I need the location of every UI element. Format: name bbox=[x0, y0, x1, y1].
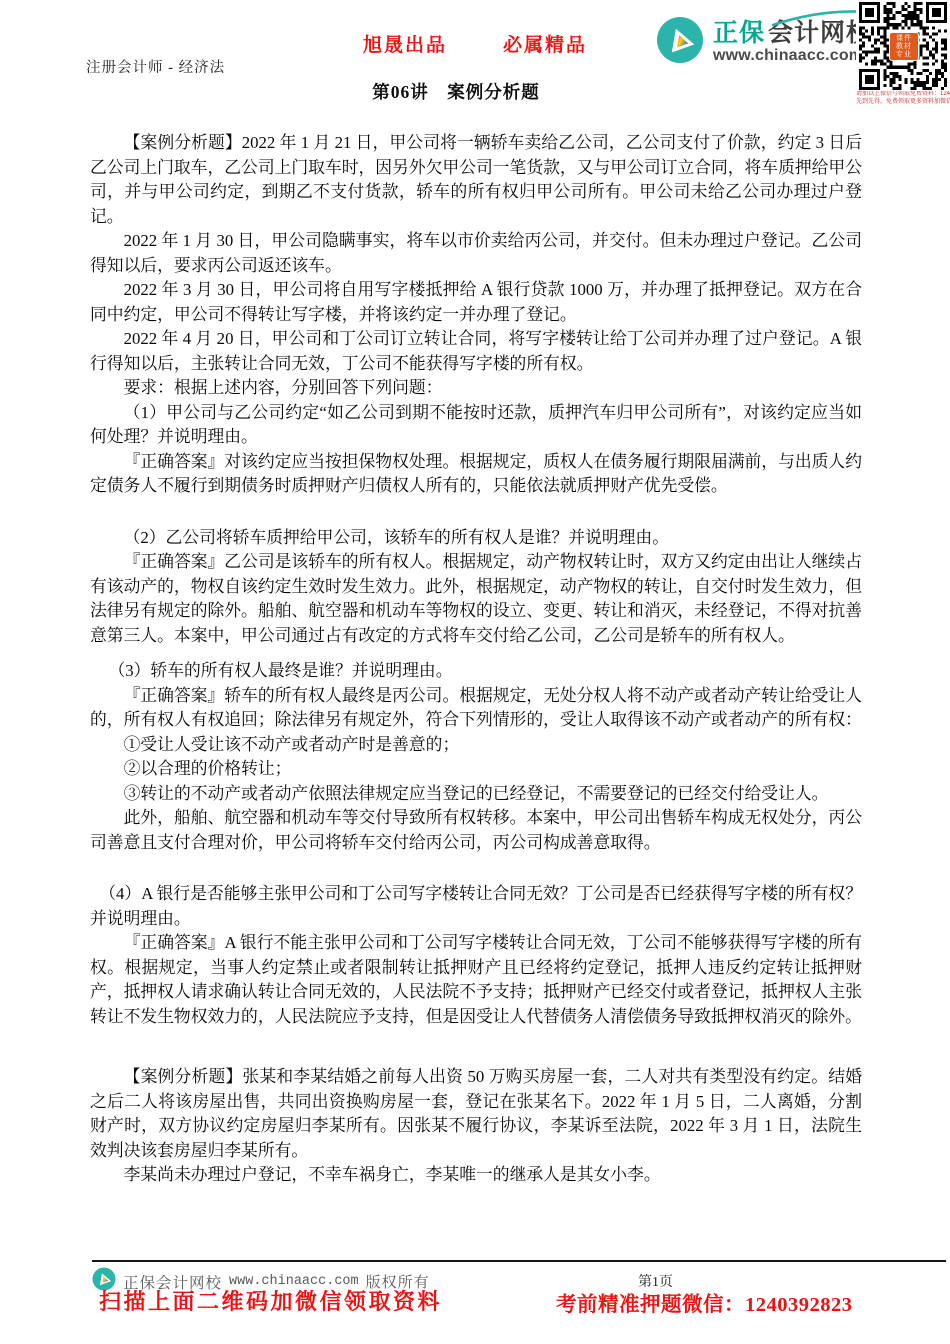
slogan-left: 旭晟出品 bbox=[363, 30, 447, 57]
case2-facts-1: 【案例分析题】张某和李某结婚之前每人出资 50 万购买房屋一套，二人对共有类型没… bbox=[90, 1065, 862, 1163]
brand-logo-icon bbox=[656, 16, 704, 69]
answer-3: 『正确答案』轿车的所有权人最终是丙公司。根据规定，无处分权人将不动产或者动产转让… bbox=[90, 684, 862, 733]
slogan-right: 必属精品 bbox=[503, 30, 587, 57]
qr-code: 课件 教材 专业 bbox=[856, 2, 950, 90]
answer-2: 『正确答案』乙公司是该轿车的所有权人。根据规定，动产物权转让时，双方又约定由出让… bbox=[90, 550, 862, 648]
case1-facts-4: 2022 年 4 月 20 日，甲公司和丁公司订立转让合同，将写字楼转让给丁公司… bbox=[90, 327, 862, 376]
case1-facts-2: 2022 年 1 月 30 日，甲公司隐瞒事实，将车以市价卖给丙公司，并交付。但… bbox=[90, 229, 862, 278]
footer-stamp-left: 扫描上面二维码加微信领取资料 bbox=[99, 1285, 442, 1316]
case1-facts-1: 【案例分析题】2022 年 1 月 21 日，甲公司将一辆轿车卖给乙公司，乙公司… bbox=[90, 131, 862, 229]
document-text: 【案例分析题】2022 年 1 月 21 日，甲公司将一辆轿车卖给乙公司，乙公司… bbox=[90, 131, 862, 1188]
case2-facts-2: 李某尚未办理过户登记，不幸车祸身亡，李某唯一的继承人是其女小李。 bbox=[90, 1163, 862, 1188]
case1-requirements: 要求：根据上述内容，分别回答下列问题： bbox=[90, 376, 862, 401]
footer-divider bbox=[92, 1260, 946, 1262]
question-1: （1）甲公司与乙公司约定“如乙公司到期不能按时还款，质押汽车归甲公司所有”，对该… bbox=[90, 401, 862, 450]
brand-name-primary: 正保 bbox=[713, 19, 765, 47]
brand-url: www.chinaacc.com bbox=[713, 47, 872, 65]
answer-4: 『正确答案』A 银行不能主张甲公司和丁公司写字楼转让合同无效，丁公司不能够获得写… bbox=[90, 931, 862, 1029]
question-3: （3）轿车的所有权人最终是谁？并说明理由。 bbox=[90, 659, 862, 684]
answer-3-continued: 此外，船舶、航空器和机动车等交付导致所有权转移。本案中，甲公司出售轿车构成无权处… bbox=[90, 806, 862, 855]
answer-3-item-2: ②以合理的价格转让； bbox=[90, 757, 862, 782]
question-4: （4）A 银行是否能够主张甲公司和丁公司写字楼转让合同无效？丁公司是否已经获得写… bbox=[90, 882, 862, 931]
case1-facts-3: 2022 年 3 月 30 日，甲公司将自用写字楼抵押给 A 银行贷款 1000… bbox=[90, 278, 862, 327]
answer-3-item-3: ③转让的不动产或者动产依照法律规定应当登记的已经登记，不需要登记的已经交付给受让… bbox=[90, 782, 862, 807]
qr-center-badge: 课件 教材 专业 bbox=[889, 32, 919, 61]
footer-stamp-right: 考前精准押题微信：1240392823 bbox=[556, 1287, 853, 1317]
question-2: （2）乙公司将轿车质押给甲公司，该轿车的所有权人是谁？并说明理由。 bbox=[90, 526, 862, 551]
course-label: 注册会计师 - 经济法 bbox=[86, 56, 225, 77]
answer-3-item-1: ①受让人受让该不动产或者动产时是善意的； bbox=[90, 733, 862, 758]
page-title: 第06讲 案例分析题 bbox=[0, 79, 912, 104]
document-page: 注册会计师 - 经济法 旭晟出品 必属精品 bbox=[0, 0, 950, 1344]
answer-1: 『正确答案』对该约定应当按担保物权处理。根据规定，质权人在债务履行期限届满前，与… bbox=[90, 450, 862, 499]
brand-logo: 正保会计网校 www.chinaacc.com bbox=[656, 16, 872, 69]
